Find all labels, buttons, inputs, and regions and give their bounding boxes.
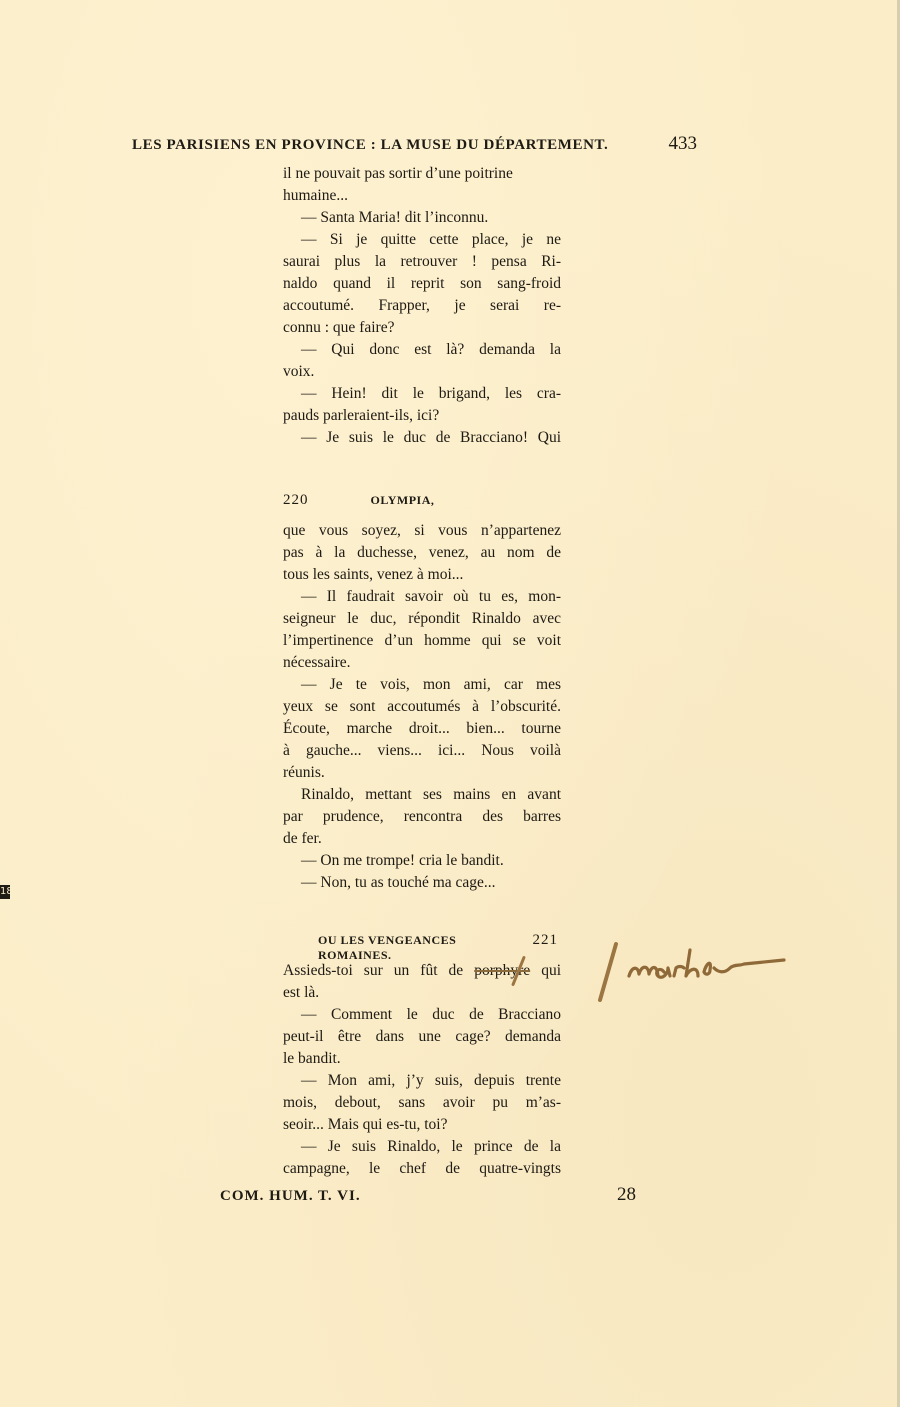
text-line: mois, debout, sans avoir pu m’as-: [283, 1092, 561, 1114]
block-2-title: OLYMPIA,: [371, 493, 435, 508]
running-head-page-number: 433: [669, 133, 698, 155]
text-line: est là.: [283, 982, 561, 1004]
text-block-2: que vous soyez, si vous n’appartenez pas…: [283, 520, 561, 894]
text-line: l’impertinence d’un homme qui se voit: [283, 630, 561, 652]
text-line: — Mon ami, j’y suis, depuis trente: [283, 1070, 561, 1092]
text-line: — Santa Maria! dit l’inconnu.: [283, 207, 561, 229]
text-line: connu : que faire?: [283, 317, 561, 339]
text-line: — Si je quitte cette place, je ne: [283, 229, 561, 251]
text-line: — Non, tu as touché ma cage...: [283, 872, 561, 894]
text-block-3: Assieds-toi sur un fût de porphyre qui e…: [283, 960, 561, 1180]
text-line: pas à la duchesse, venez, au nom de: [283, 542, 561, 564]
text-line: seigneur le duc, répondit Rinaldo avec: [283, 608, 561, 630]
text-line: de fer.: [283, 828, 561, 850]
text-line: il ne pouvait pas sortir d’une poitrine: [283, 163, 561, 185]
text-line: — Je suis Rinaldo, le prince de la: [283, 1136, 561, 1158]
handwritten-annotation: [594, 936, 800, 1006]
signature-mark: COM. HUM. T. VI.: [220, 1188, 361, 1205]
running-head: LES PARISIENS EN PROVINCE : LA MUSE DU D…: [132, 133, 697, 155]
block-3-page-number: 221: [533, 932, 559, 949]
text-block-1: il ne pouvait pas sortir d’une poitrine …: [283, 163, 561, 449]
text-line: par prudence, rencontra des barres: [283, 806, 561, 828]
text-line: — Qui donc est là? demanda la: [283, 339, 561, 361]
page-footer: COM. HUM. T. VI. 28: [220, 1184, 636, 1206]
edge-tab-marker: 18: [0, 885, 10, 899]
text-line: naldo quand il reprit son sang-froid: [283, 273, 561, 295]
text-line: — Il faudrait savoir où tu es, mon-: [283, 586, 561, 608]
text-line: — On me trompe! cria le bandit.: [283, 850, 561, 872]
text-line: campagne, le chef de quatre-vingts: [283, 1158, 561, 1180]
text-line: voix.: [283, 361, 561, 383]
text-line: tous les saints, venez à moi...: [283, 564, 561, 586]
text-line: — Comment le duc de Bracciano: [283, 1004, 561, 1026]
text-line: seoir... Mais qui es-tu, toi?: [283, 1114, 561, 1136]
text-line: Rinaldo, mettant ses mains en avant: [283, 784, 561, 806]
text-line: — Je te vois, mon ami, car mes: [283, 674, 561, 696]
text-fragment: Assieds-toi sur un fût de: [283, 962, 474, 979]
sheet-number: 28: [617, 1184, 636, 1206]
text-line: le bandit.: [283, 1048, 561, 1070]
text-line: que vous soyez, si vous n’appartenez: [283, 520, 561, 542]
text-line: Écoute, marche droit... bien... tourne: [283, 718, 561, 740]
text-line: — Hein! dit le brigand, les cra-: [283, 383, 561, 405]
block-3-title: OU LES VENGEANCES ROMAINES.: [318, 933, 525, 963]
text-fragment: qui: [530, 962, 561, 979]
text-line: saurai plus la retrouver ! pensa Ri-: [283, 251, 561, 273]
text-line: accoutumé. Frapper, je serai re-: [283, 295, 561, 317]
text-line: yeux se sont accoutumés à l’obscurité.: [283, 696, 561, 718]
text-line: — Je suis le duc de Bracciano! Qui: [283, 427, 561, 449]
text-line: nécessaire.: [283, 652, 561, 674]
running-head-title: LES PARISIENS EN PROVINCE : LA MUSE DU D…: [132, 137, 608, 154]
handwriting-marbre-icon: [594, 936, 800, 1006]
text-line: à gauche... viens... ici... Nous voilà: [283, 740, 561, 762]
block-2-header: 220 OLYMPIA,: [283, 492, 561, 509]
text-line: pauds parleraient-ils, ici?: [283, 405, 561, 427]
text-line: peut-il être dans une cage? demanda: [283, 1026, 561, 1048]
text-line: humaine...: [283, 185, 561, 207]
text-line: réunis.: [283, 762, 561, 784]
block-2-page-number: 220: [283, 492, 309, 509]
